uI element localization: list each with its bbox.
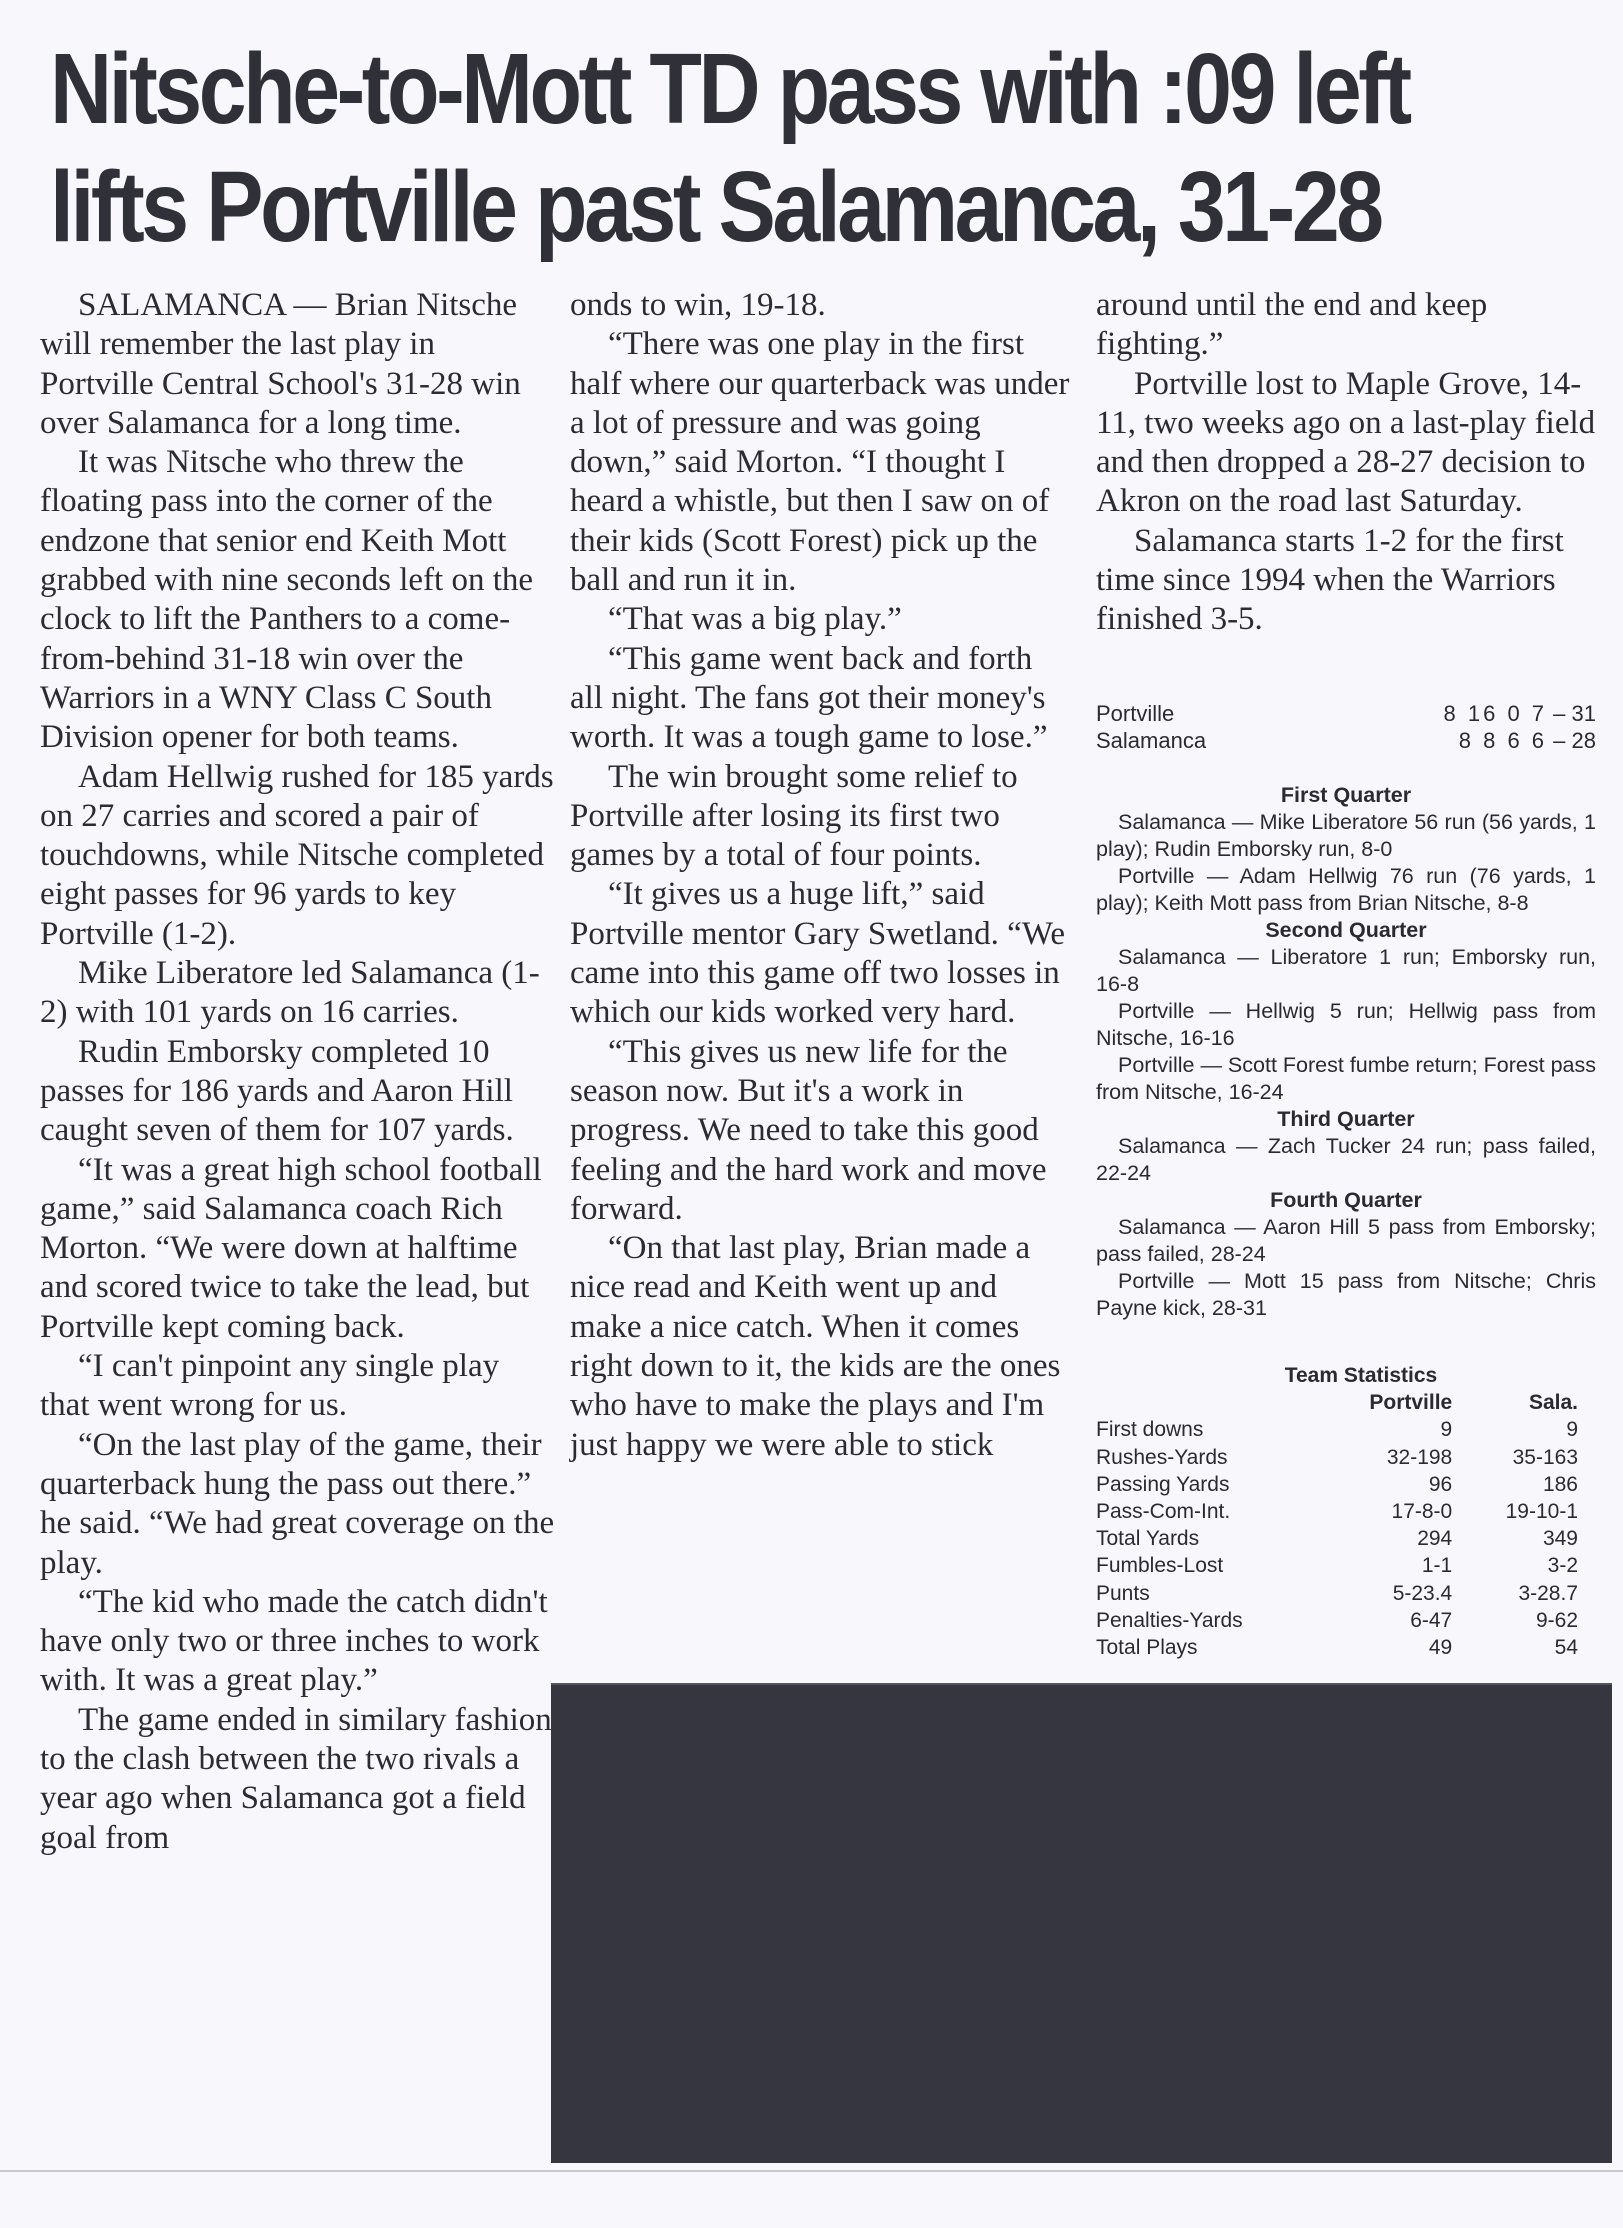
scoring-play: Portville — Adam Hellwig 76 run (76 yard… <box>1096 863 1596 917</box>
scoring-play: Salamanca — Mike Liberatore 56 run (56 y… <box>1096 809 1596 863</box>
paragraph: “This gives us new life for the season n… <box>570 1033 1070 1229</box>
score-line: 8 8 6 6 – 28 <box>1459 727 1596 754</box>
paragraph: Mike Liberatore led Salamanca (1-2) with… <box>40 954 555 1033</box>
scoring-play: Portville — Hellwig 5 run; Hellwig pass … <box>1096 998 1596 1052</box>
team-name: Portville <box>1096 700 1174 727</box>
paragraph: “The kid who made the catch didn't have … <box>40 1583 555 1701</box>
scoring-play: Salamanca — Aaron Hill 5 pass from Embor… <box>1096 1214 1596 1268</box>
paragraph: Portville lost to Maple Grove, 14-11, tw… <box>1096 365 1601 522</box>
paragraph: “It was a great high school football gam… <box>40 1151 555 1347</box>
scoring-play: Salamanca — Liberatore 1 run; Emborsky r… <box>1096 944 1596 998</box>
table-row: Pass-Com-Int.17-8-019-10-1 <box>1096 1498 1578 1525</box>
paragraph: “I can't pinpoint any single play that w… <box>40 1347 555 1426</box>
redacted-photo-area <box>551 1683 1612 2163</box>
quarter-heading: Second Quarter <box>1096 917 1596 944</box>
paragraph: “There was one play in the first half wh… <box>570 325 1070 600</box>
article-column-1-frame: SALAMANCA — Brian Nitsche will remember … <box>40 280 560 2150</box>
team-statistics: Team Statistics Portville Sala. First do… <box>1096 1362 1586 1661</box>
stats-header-row: Portville Sala. <box>1096 1389 1578 1416</box>
scoring-play: Portville — Scott Forest fumbe return; F… <box>1096 1052 1596 1106</box>
scoring-summary: First Quarter Salamanca — Mike Liberator… <box>1096 782 1596 1322</box>
quarter-heading: Third Quarter <box>1096 1106 1596 1133</box>
paragraph: “That was a big play.” <box>570 600 1070 639</box>
table-row: Total Yards294349 <box>1096 1525 1578 1552</box>
stats-table: Portville Sala. First downs99 Rushes-Yar… <box>1096 1389 1578 1661</box>
paragraph: SALAMANCA — Brian Nitsche will remember … <box>40 286 555 443</box>
table-row: Punts5-23.43-28.7 <box>1096 1580 1578 1607</box>
column-header-salamanca: Sala. <box>1452 1389 1578 1416</box>
paragraph: The game ended in similary fashion to th… <box>40 1701 555 1858</box>
article-column-3: around until the end and keep fighting.”… <box>1096 286 1601 640</box>
score-line: 8 16 0 7 – 31 <box>1444 700 1596 727</box>
column-header-portville: Portville <box>1285 1389 1453 1416</box>
headline-line-2: lifts Portville past Salamanca, 31-28 <box>50 148 1392 266</box>
table-row: First downs99 <box>1096 1416 1578 1443</box>
table-row: Penalties-Yards6-479-62 <box>1096 1607 1578 1634</box>
paragraph: “It gives us a huge lift,” said Portvill… <box>570 875 1070 1032</box>
table-row: Fumbles-Lost1-13-2 <box>1096 1552 1578 1579</box>
paragraph: Adam Hellwig rushed for 185 yards on 27 … <box>40 758 555 954</box>
headline: Nitsche-to-Mott TD pass with :09 left li… <box>50 30 1392 266</box>
paragraph: around until the end and keep fighting.” <box>1096 286 1601 365</box>
paragraph: The win brought some relief to Portville… <box>570 758 1070 876</box>
headline-line-1: Nitsche-to-Mott TD pass with :09 left <box>50 30 1392 148</box>
article-column-2: onds to win, 19-18. “There was one play … <box>570 286 1070 1465</box>
scoring-play: Salamanca — Zach Tucker 24 run; pass fai… <box>1096 1133 1596 1187</box>
table-row: Rushes-Yards32-19835-163 <box>1096 1444 1578 1471</box>
paragraph: “This game went back and forth all night… <box>570 640 1070 758</box>
article-column-1: SALAMANCA — Brian Nitsche will remember … <box>55 286 555 1858</box>
paragraph: It was Nitsche who threw the floating pa… <box>40 443 555 757</box>
paragraph: “On that last play, Brian made a nice re… <box>570 1229 1070 1465</box>
page-edge-divider <box>0 2170 1623 2172</box>
paragraph: “On the last play of the game, their qua… <box>40 1426 555 1583</box>
linescore-row-portville: Portville 8 16 0 7 – 31 <box>1096 700 1596 727</box>
team-name: Salamanca <box>1096 727 1206 754</box>
paragraph: Salamanca starts 1-2 for the first time … <box>1096 522 1601 640</box>
stats-title: Team Statistics <box>1196 1362 1526 1389</box>
table-row: Passing Yards96186 <box>1096 1471 1578 1498</box>
scoring-play: Portville — Mott 15 pass from Nitsche; C… <box>1096 1268 1596 1322</box>
linescore-row-salamanca: Salamanca 8 8 6 6 – 28 <box>1096 727 1596 754</box>
paragraph: onds to win, 19-18. <box>570 286 1070 325</box>
linescore: Portville 8 16 0 7 – 31 Salamanca 8 8 6 … <box>1096 700 1596 754</box>
table-row: Total Plays4954 <box>1096 1634 1578 1661</box>
quarter-heading: Fourth Quarter <box>1096 1187 1596 1214</box>
paragraph: Rudin Emborsky completed 10 passes for 1… <box>40 1033 555 1151</box>
quarter-heading: First Quarter <box>1096 782 1596 809</box>
